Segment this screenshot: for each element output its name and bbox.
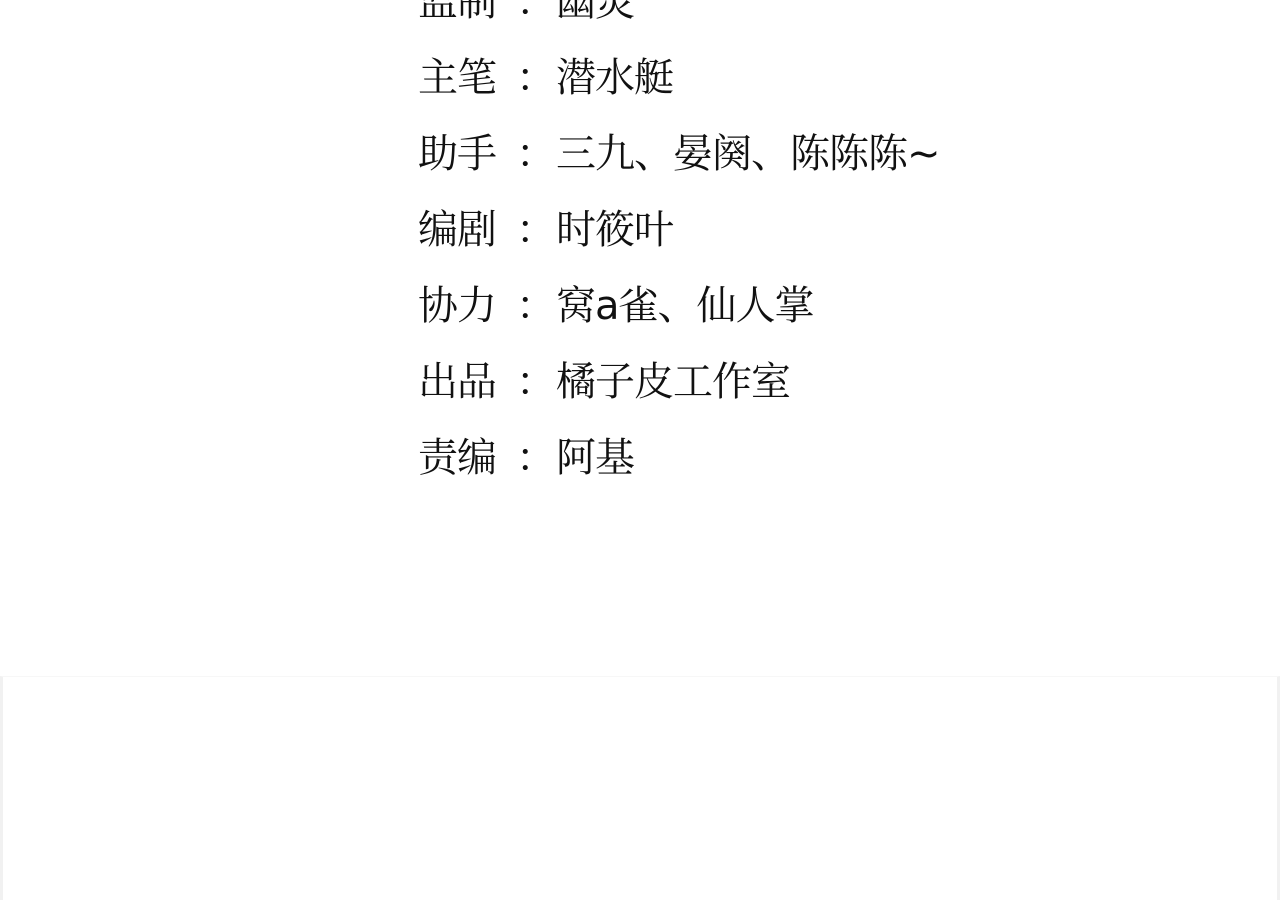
credit-role: 编剧 bbox=[418, 192, 516, 268]
credit-separator: ： bbox=[516, 420, 556, 496]
credit-role: 助手 bbox=[418, 116, 516, 192]
credit-name: 三九、晏阕、陈陈陈~ bbox=[556, 116, 940, 192]
credit-row-editor: 责编 ： 阿基 bbox=[418, 420, 940, 496]
credit-role: 出品 bbox=[418, 344, 516, 420]
credit-row-lead-artist: 主笔 ： 潜水艇 bbox=[418, 40, 940, 116]
credit-separator: ： bbox=[516, 116, 556, 192]
credit-role: 监制 bbox=[418, 0, 516, 40]
credit-row-screenwriter: 编剧 ： 时筱叶 bbox=[418, 192, 940, 268]
credit-name: 幽灵 bbox=[556, 0, 634, 40]
credit-separator: ： bbox=[516, 0, 556, 40]
credit-name: 窝a雀、仙人掌 bbox=[556, 268, 814, 344]
credit-role: 协力 bbox=[418, 268, 516, 344]
credit-role: 主笔 bbox=[418, 40, 516, 116]
credit-separator: ： bbox=[516, 268, 556, 344]
credit-row-producer: 出品 ： 橘子皮工作室 bbox=[418, 344, 940, 420]
credit-row-supervisor: 监制 ： 幽灵 bbox=[418, 0, 940, 40]
credit-separator: ： bbox=[516, 192, 556, 268]
credit-name: 橘子皮工作室 bbox=[556, 344, 790, 420]
credit-name: 时筱叶 bbox=[556, 192, 673, 268]
credit-row-collaborators: 协力 ： 窝a雀、仙人掌 bbox=[418, 268, 940, 344]
credit-name: 潜水艇 bbox=[556, 40, 673, 116]
credit-separator: ： bbox=[516, 40, 556, 116]
credits-list: 监制 ： 幽灵 主笔 ： 潜水艇 助手 ： 三九、晏阕、陈陈陈~ 编剧 ： 时筱… bbox=[418, 0, 940, 496]
next-comic-panel bbox=[0, 676, 1280, 900]
credits-page: 监制 ： 幽灵 主笔 ： 潜水艇 助手 ： 三九、晏阕、陈陈陈~ 编剧 ： 时筱… bbox=[0, 0, 1280, 676]
credit-role: 责编 bbox=[418, 420, 516, 496]
credit-name: 阿基 bbox=[556, 420, 634, 496]
credit-separator: ： bbox=[516, 344, 556, 420]
credit-row-assistants: 助手 ： 三九、晏阕、陈陈陈~ bbox=[418, 116, 940, 192]
